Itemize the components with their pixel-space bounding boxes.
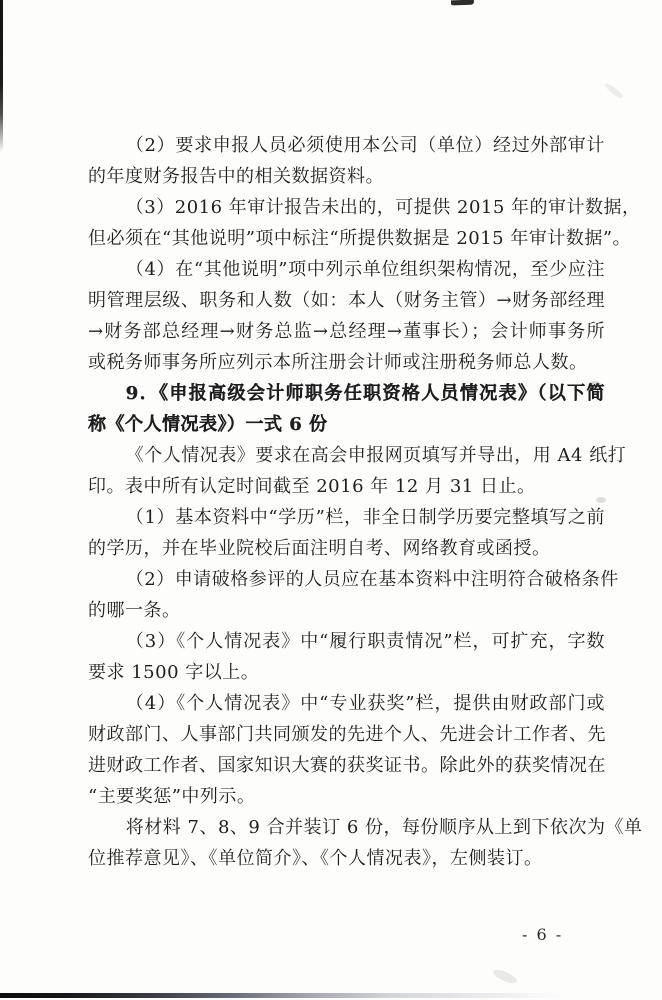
text-line: 的学历，并在毕业院校后面注明自考、网络教育或函授。	[88, 533, 605, 564]
text-line: 财政部门、人事部门共同颁发的先进个人、先进会计工作者、先	[88, 719, 605, 750]
text-line: 印。表中所有认定时间截至 2016 年 12 月 31 日止。	[88, 471, 605, 502]
text-line: 明管理层级、职务和人数（如：本人（财务主管）→财务部经理	[88, 285, 605, 316]
text-line: 的年度财务报告中的相关数据资料。	[88, 161, 605, 192]
text-line: （4）在“其他说明”项中列示单位组织架构情况，至少应注	[88, 254, 605, 285]
text-line: →财务部总经理→财务总监→总经理→董事长）；会计师事务所	[88, 316, 605, 347]
text-line: 《个人情况表》要求在高会申报网页填写并导出，用 A4 纸打	[88, 440, 605, 471]
text-line: “主要奖惩”中列示。	[88, 781, 605, 812]
heading-line: 9．《申报高级会计师职务任职资格人员情况表》（以下简	[88, 378, 605, 409]
document-body: （2）要求申报人员必须使用本公司（单位）经过外部审计的年度财务报告中的相关数据资…	[88, 130, 605, 874]
text-line: 或税务师事务所应列示本所注册会计师或注册税务师总人数。	[88, 347, 605, 378]
page-number: - 6 -	[522, 925, 563, 944]
text-line: （3）2016 年审计报告未出的，可提供 2015 年的审计数据，	[88, 192, 605, 223]
text-line: （4）《个人情况表》中“专业获奖”栏，提供由财政部门或	[88, 688, 605, 719]
text-line: （2）要求申报人员必须使用本公司（单位）经过外部审计	[88, 130, 605, 161]
text-line: 将材料 7、8、9 合并装订 6 份，每份顺序从上到下依次为《单	[88, 812, 605, 843]
scan-smudge	[603, 82, 624, 100]
text-line: 进财政工作者、国家知识大赛的获奖证书。除此外的获奖情况在	[88, 750, 605, 781]
scan-artifact-top-speck	[451, 0, 474, 5]
text-line: 的哪一条。	[88, 595, 605, 626]
text-line: （1）基本资料中“学历”栏，非全日制学历要完整填写之前	[88, 502, 605, 533]
heading-line: 称《个人情况表》）一式 6 份	[88, 409, 605, 440]
scan-artifact-left-edge	[0, 0, 3, 152]
text-line: 但必须在“其他说明”项中标注“所提供数据是 2015 年审计数据”。	[88, 223, 605, 254]
document-page: （2）要求申报人员必须使用本公司（单位）经过外部审计的年度财务报告中的相关数据资…	[0, 0, 662, 1000]
text-line: （3）《个人情况表》中“履行职责情况”栏，可扩充，字数	[88, 626, 605, 657]
scan-artifact-bottom-edge	[0, 993, 562, 998]
text-line: 位推荐意见》、《单位简介》、《个人情况表》，左侧装订。	[88, 843, 605, 874]
scan-smudge	[491, 967, 518, 986]
text-line: （2）申请破格参评的人员应在基本资料中注明符合破格条件	[88, 564, 605, 595]
text-line: 要求 1500 字以上。	[88, 657, 605, 688]
